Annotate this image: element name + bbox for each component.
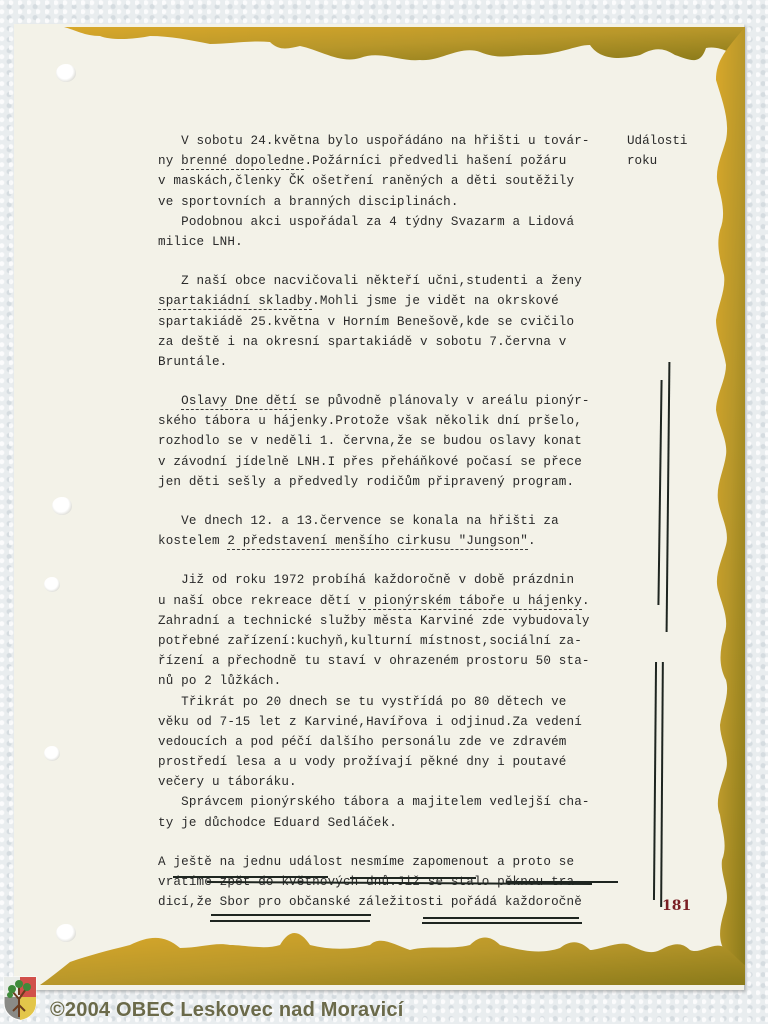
text-segment bbox=[158, 394, 181, 408]
paragraph: Ve dnech 12. a 13.července se konala na … bbox=[158, 511, 618, 551]
text-line: řízení a přechodně tu staví v ohrazeném … bbox=[158, 651, 618, 671]
underlined-heading: 2 představení menšího cirkusu "Jungson" bbox=[227, 534, 528, 550]
text-segment: věku od 7-15 let z Karviné,Havířova i od… bbox=[158, 715, 582, 729]
text-segment: Třikrát po 20 dnech se tu vystřídá po 80… bbox=[158, 695, 567, 709]
text-segment: ty je důchodce Eduard Sedláček. bbox=[158, 816, 397, 830]
text-line: Oslavy Dne dětí se původně plánovaly v a… bbox=[158, 391, 618, 411]
text-segment: řízení a přechodně tu staví v ohrazeném … bbox=[158, 654, 590, 668]
text-line: Ve dnech 12. a 13.července se konala na … bbox=[158, 511, 618, 531]
text-line: Správcem pionýrského tábora a majitelem … bbox=[158, 792, 618, 812]
text-segment: prostředí lesa a u vody prožívají pěkné … bbox=[158, 755, 567, 769]
bottom-rule bbox=[423, 917, 579, 919]
text-line: večery u táboráku. bbox=[158, 772, 618, 792]
municipal-coat-of-arms-icon bbox=[2, 975, 38, 1021]
text-segment: .Mohli jsme je vidět na okrskové bbox=[312, 294, 559, 308]
paragraph: Již od roku 1972 probíhá každoročně v do… bbox=[158, 570, 618, 832]
underlined-heading: brenné dopoledne bbox=[181, 154, 304, 170]
text-line: Třikrát po 20 dnech se tu vystřídá po 80… bbox=[158, 692, 618, 712]
text-line: A ještě na jednu událost nesmíme zapomen… bbox=[158, 852, 618, 872]
text-segment: . bbox=[528, 534, 536, 548]
text-segment: Bruntále. bbox=[158, 355, 227, 369]
text-line: Zahradní a technické služby města Karvin… bbox=[158, 611, 618, 631]
text-line: V sobotu 24.května bylo uspořádáno na hř… bbox=[158, 131, 618, 151]
copyright-watermark: ©2004 OBEC Leskovec nad Moravicí bbox=[50, 999, 404, 1022]
text-line: věku od 7-15 let z Karviné,Havířova i od… bbox=[158, 712, 618, 732]
text-line: vedoucích a pod péčí dalšího personálu z… bbox=[158, 732, 618, 752]
punch-hole bbox=[44, 577, 60, 592]
text-line: Již od roku 1972 probíhá každoročně v do… bbox=[158, 570, 618, 590]
bottom-rule bbox=[350, 877, 476, 879]
underlined-heading: Oslavy Dne dětí bbox=[181, 394, 297, 410]
text-line: prostředí lesa a u vody prožívají pěkné … bbox=[158, 752, 618, 772]
punch-hole bbox=[56, 924, 76, 942]
text-segment: ny bbox=[158, 154, 181, 168]
text-line: kostelem 2 představení menšího cirkusu "… bbox=[158, 531, 618, 551]
paragraph-gap bbox=[158, 252, 618, 271]
underlined-heading: v pionýrském táboře u hájenky bbox=[358, 594, 582, 610]
text-line: rozhodlo se v neděli 1. června,že se bud… bbox=[158, 431, 618, 451]
text-segment: se původně plánovaly v areálu pionýr- bbox=[297, 394, 590, 408]
text-line: jen děti sešly a předvedly rodičům připr… bbox=[158, 472, 618, 492]
text-segment: Správcem pionýrského tábora a majitelem … bbox=[158, 795, 590, 809]
paragraph: V sobotu 24.května bylo uspořádáno na hř… bbox=[158, 131, 618, 252]
punch-hole bbox=[44, 746, 60, 761]
text-line: za deště i na okresní spartakiádě v sobo… bbox=[158, 332, 618, 352]
text-segment: .Požárníci předvedli hašení požáru bbox=[304, 154, 566, 168]
text-segment: V sobotu 24.května bylo uspořádáno na hř… bbox=[158, 134, 590, 148]
text-segment: potřebné zařízení:kuchyň,kulturní místno… bbox=[158, 634, 582, 648]
text-line: v závodní jídelně LNH.I přes přeháňkové … bbox=[158, 452, 618, 472]
text-line: ny brenné dopoledne.Požárníci předvedli … bbox=[158, 151, 618, 171]
text-segment: večery u táboráku. bbox=[158, 775, 297, 789]
text-line: Z naší obce nacvičovali někteří učni,stu… bbox=[158, 271, 618, 291]
paragraph-gap bbox=[158, 372, 618, 391]
text-line: ty je důchodce Eduard Sedláček. bbox=[158, 813, 618, 833]
margin-note-line: Události bbox=[627, 131, 687, 151]
text-line: nů po 2 lůžkách. bbox=[158, 671, 618, 691]
text-line: ve sportovních a branných disciplinách. bbox=[158, 192, 618, 212]
underlined-heading: spartakiádní skladby bbox=[158, 294, 312, 310]
text-segment: milice LNH. bbox=[158, 235, 243, 249]
bottom-rule bbox=[210, 920, 370, 922]
text-segment: Z naší obce nacvičovali někteří učni,stu… bbox=[158, 274, 582, 288]
text-segment: ského tábora u hájenky.Protože však něko… bbox=[158, 414, 582, 428]
punch-hole bbox=[52, 497, 72, 515]
bottom-rule bbox=[211, 914, 371, 916]
text-line: Bruntále. bbox=[158, 352, 618, 372]
text-segment: spartakiádě 25.května v Horním Benešově,… bbox=[158, 315, 574, 329]
text-segment: za deště i na okresní spartakiádě v sobo… bbox=[158, 335, 567, 349]
text-segment: A ještě na jednu událost nesmíme zapomen… bbox=[158, 855, 574, 869]
text-line: Podobnou akci uspořádal za 4 týdny Svaza… bbox=[158, 212, 618, 232]
text-segment: Podobnou akci uspořádal za 4 týdny Svaza… bbox=[158, 215, 574, 229]
punch-hole bbox=[56, 64, 76, 82]
text-segment: . bbox=[582, 594, 590, 608]
text-line: u naší obce rekreace dětí v pionýrském t… bbox=[158, 591, 618, 611]
text-segment: u naší obce rekreace dětí bbox=[158, 594, 358, 608]
text-segment: dicí,že Sbor pro občanské záležitosti po… bbox=[158, 895, 582, 909]
page-number: 181 bbox=[662, 898, 691, 914]
paragraph: Z naší obce nacvičovali někteří učni,stu… bbox=[158, 271, 618, 372]
text-segment: Již od roku 1972 probíhá každoročně v do… bbox=[158, 573, 574, 587]
bottom-rule bbox=[422, 922, 582, 924]
paragraph: Oslavy Dne dětí se původně plánovaly v a… bbox=[158, 391, 618, 492]
text-segment: Zahradní a technické služby města Karvin… bbox=[158, 614, 590, 628]
text-line: spartakiádě 25.května v Horním Benešově,… bbox=[158, 312, 618, 332]
paragraph-gap bbox=[158, 492, 618, 511]
text-segment: Ve dnech 12. a 13.července se konala na … bbox=[158, 514, 559, 528]
text-segment: kostelem bbox=[158, 534, 227, 548]
typewritten-text: V sobotu 24.května bylo uspořádáno na hř… bbox=[158, 131, 618, 912]
bottom-rule bbox=[173, 876, 328, 878]
text-segment: rozhodlo se v neděli 1. června,že se bud… bbox=[158, 434, 582, 448]
paragraph-gap bbox=[158, 551, 618, 570]
text-segment: vedoucích a pod péčí dalšího personálu z… bbox=[158, 735, 567, 749]
text-line: dicí,že Sbor pro občanské záležitosti po… bbox=[158, 892, 618, 912]
text-line: milice LNH. bbox=[158, 232, 618, 252]
text-line: ského tábora u hájenky.Protože však něko… bbox=[158, 411, 618, 431]
text-segment: v maskách,členky ČK ošetření raněných a … bbox=[158, 174, 574, 188]
margin-note: Události roku bbox=[627, 131, 687, 171]
text-segment: ve sportovních a branných disciplinách. bbox=[158, 195, 459, 209]
paragraph-gap bbox=[158, 833, 618, 852]
text-line: potřebné zařízení:kuchyň,kulturní místno… bbox=[158, 631, 618, 651]
text-line: v maskách,členky ČK ošetření raněných a … bbox=[158, 171, 618, 191]
text-segment: v závodní jídelně LNH.I přes přeháňkové … bbox=[158, 455, 582, 469]
text-segment: nů po 2 lůžkách. bbox=[158, 674, 281, 688]
text-segment: jen děti sešly a předvedly rodičům připr… bbox=[158, 475, 574, 489]
margin-note-line: roku bbox=[627, 151, 687, 171]
text-line: spartakiádní skladby.Mohli jsme je vidět… bbox=[158, 291, 618, 311]
